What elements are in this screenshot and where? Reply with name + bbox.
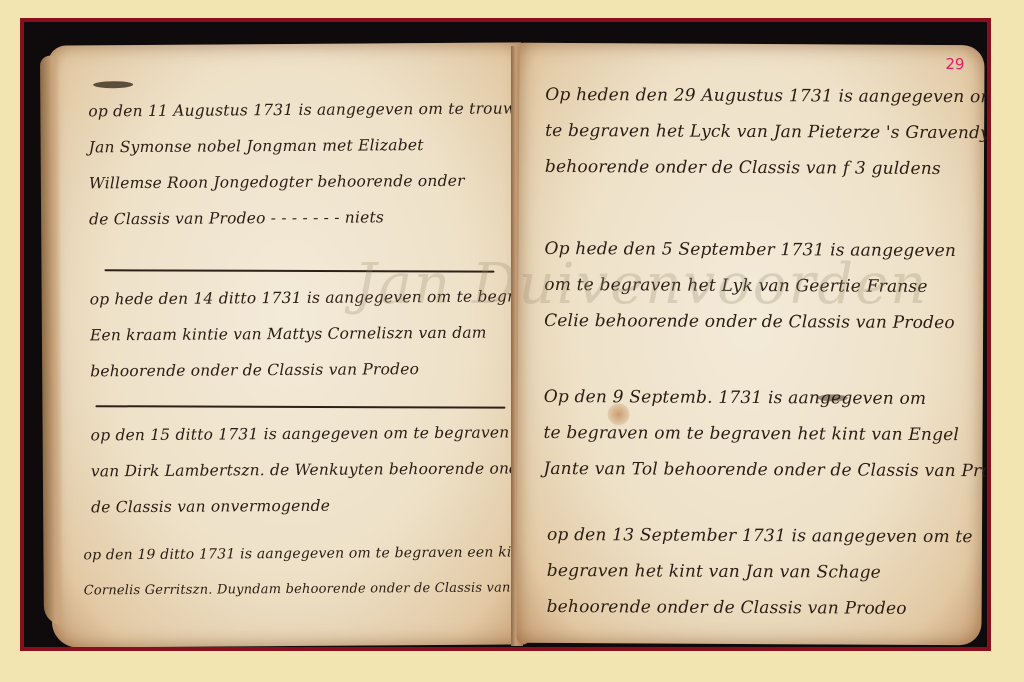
right-entry-1: Op heden den 29 Augustus 1731 is aangege… xyxy=(545,77,967,187)
entry-line: behoorende onder de Classis van f 3 guld… xyxy=(545,149,966,187)
left-entry-3: op den 15 ditto 1731 is aangegeven om te… xyxy=(91,414,510,525)
entry-line: op den 11 Augustus 1731 is aangegeven om… xyxy=(88,90,506,129)
photo-frame: op den 11 Augustus 1731 is aangegeven om… xyxy=(20,18,991,651)
entry-line: behoorende onder de Classis van Prodeo xyxy=(547,589,964,627)
left-page: op den 11 Augustus 1731 is aangegeven om… xyxy=(48,42,528,647)
left-entry-2: op hede den 14 ditto 1731 is aangegeven … xyxy=(90,278,509,389)
entry-line: begraven het kint van Jan van Schage xyxy=(547,553,964,591)
left-entry-4: op den 19 ditto 1731 is aangegeven om te… xyxy=(83,534,509,609)
entry-line: op den 19 ditto 1731 is aangegeven om te… xyxy=(83,534,509,573)
left-entry-1: op den 11 Augustus 1731 is aangegeven om… xyxy=(88,90,507,237)
entry-line: Op hede den 5 September 1731 is aangegev… xyxy=(544,231,965,269)
entry-line: te begraven het Lyck van Jan Pieterze 's… xyxy=(545,113,966,151)
right-entry-2: Op hede den 5 September 1731 is aangegev… xyxy=(544,231,966,341)
entry-line: Cornelis Gerritszn. Duyndam behoorende o… xyxy=(84,570,510,609)
entry-line: Een kraam kintie van Mattys Corneliszn v… xyxy=(90,314,508,353)
divider-rule xyxy=(104,269,494,272)
entry-line: Jan Symonse nobel Jongman met Elizabet xyxy=(88,126,506,165)
entry-line: behoorende onder de Classis van Prodeo xyxy=(90,350,508,389)
right-entry-3: Op den 9 Septemb. 1731 is aangegeven om … xyxy=(543,379,965,489)
entry-line: Op heden den 29 Augustus 1731 is aangege… xyxy=(545,77,966,115)
entry-line: Op den 9 Septemb. 1731 is aangegeven om xyxy=(544,379,965,417)
entry-line: de Classis van Prodeo - - - - - - - niet… xyxy=(89,198,507,237)
divider-rule xyxy=(95,405,505,408)
entry-line: op den 13 September 1731 is aangegeven o… xyxy=(547,517,964,555)
entry-line: Jante van Tol behoorende onder de Classi… xyxy=(543,451,964,489)
entry-line: Willemse Roon Jongedogter behoorende ond… xyxy=(89,162,507,201)
entry-line: te begraven om te begraven het kint van … xyxy=(543,415,964,453)
entry-line: op den 15 ditto 1731 is aangegeven om te… xyxy=(91,414,509,453)
right-page: 29 Op heden den 29 Augustus 1731 is aang… xyxy=(516,43,984,645)
entry-line: de Classis van onvermogende xyxy=(91,486,509,525)
entry-line: van Dirk Lambertszn. de Wenkuyten behoor… xyxy=(91,450,509,489)
entry-line: om te begraven het Lyk van Geertie Frans… xyxy=(544,267,965,305)
entry-line: Celie behoorende onder de Classis van Pr… xyxy=(544,303,965,341)
right-entry-4: op den 13 September 1731 is aangegeven o… xyxy=(547,517,965,627)
entry-line: op hede den 14 ditto 1731 is aangegeven … xyxy=(90,278,508,317)
